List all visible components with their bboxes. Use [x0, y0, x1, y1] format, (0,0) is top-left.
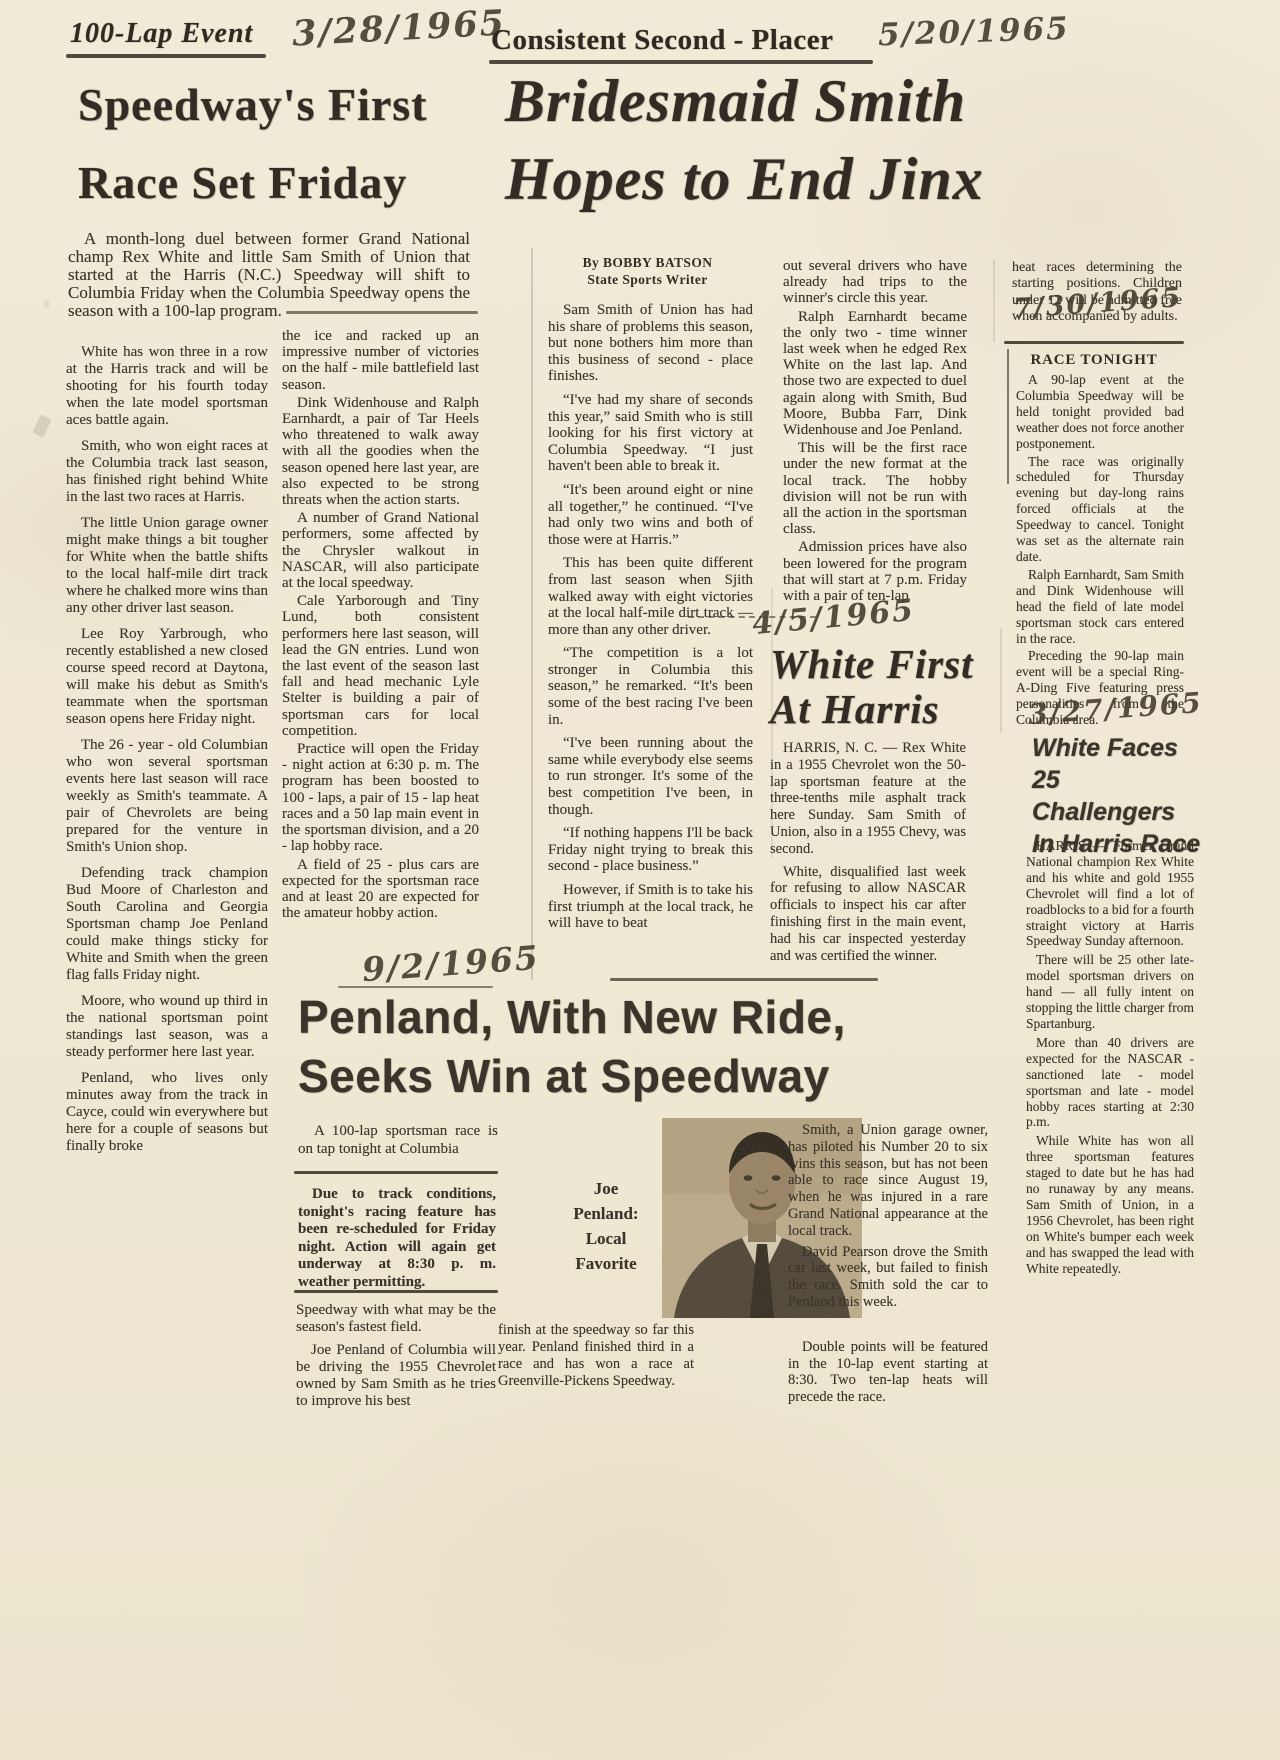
column-rule: [771, 588, 773, 858]
photo-caption: Joe Penland: Local Favorite: [556, 1176, 656, 1276]
paragraph: Speedway with what may be the season's f…: [296, 1302, 496, 1336]
column-rule: [1000, 628, 1002, 733]
race-tonight-header: RACE TONIGHT: [1004, 352, 1184, 369]
headline-line: Speedway's First: [78, 66, 508, 144]
byline-title: State Sports Writer: [540, 271, 755, 288]
paragraph: White has won three in a row at the Harr…: [66, 344, 268, 429]
speedway-column-2: the ice and racked up an impressive numb…: [282, 328, 479, 923]
paragraph: Cale Yarborough and Tiny Lund, both cons…: [282, 593, 479, 739]
paragraph: Smith, who won eight races at the Columb…: [66, 438, 268, 506]
white-faces-column: HARRIS — Former Grand National champion …: [1026, 838, 1194, 1279]
paragraph: The little Union garage owner might make…: [66, 515, 268, 617]
paragraph: There will be 25 other late-model sports…: [1026, 952, 1194, 1032]
paragraph: Smith, a Union garage owner, has piloted…: [788, 1122, 988, 1240]
paragraph: Joe Penland of Columbia will be driving …: [296, 1342, 496, 1410]
white-first-column: HARRIS, N. C. — Rex White in a 1955 Chev…: [770, 740, 966, 970]
bridesmaid-kicker: Consistent Second - Placer: [491, 24, 833, 57]
penland-left-column: Speedway with what may be the season's f…: [296, 1302, 496, 1416]
paragraph: “It's been around eight or nine all toge…: [548, 482, 753, 548]
box-top-rule: [294, 1171, 498, 1174]
paragraph: The 26 - year - old Columbian who won se…: [66, 737, 268, 856]
headline-line: At Harris: [770, 687, 1000, 732]
handwritten-date: 3/28/1965: [291, 2, 507, 54]
penland-headline: Penland, With New Ride, Seeks Win at Spe…: [298, 988, 908, 1106]
paragraph: Double points will be featured in the 10…: [788, 1339, 988, 1406]
paragraph: More than 40 drivers are expected for th…: [1026, 1035, 1194, 1130]
paragraph: David Pearson drove the Smith car last w…: [788, 1244, 988, 1311]
paragraph: Moore, who wound up third in the nationa…: [66, 993, 268, 1061]
speedway-column-1: White has won three in a row at the Harr…: [66, 344, 268, 1164]
caption-line: Penland:: [556, 1201, 656, 1226]
headline-line: White Faces: [1032, 732, 1202, 764]
paragraph: A 100-lap sportsman race is on tap tonig…: [298, 1122, 498, 1158]
paragraph: Due to track conditions, tonight's racin…: [298, 1186, 496, 1292]
paragraph: HARRIS, N. C. — Rex White in a 1955 Chev…: [770, 740, 966, 858]
headline-line: Seeks Win at Speedway: [298, 1047, 908, 1106]
white-first-headline: White First At Harris: [770, 642, 1000, 732]
scan-mark: [44, 300, 49, 308]
paragraph: “The competition is a lot stronger in Co…: [548, 645, 753, 728]
headline-line: Bridesmaid Smith: [505, 62, 1115, 140]
paragraph: Practice will open the Friday - night ac…: [282, 741, 479, 854]
speedway-lead: A month-long duel between former Grand N…: [68, 230, 470, 320]
paragraph: Ralph Earnhardt became the only two - ti…: [783, 309, 967, 439]
end-rule: [610, 978, 878, 981]
paragraph: White, disqualified last week for refusi…: [770, 864, 966, 965]
handwritten-date: 4/5/1965: [751, 593, 917, 642]
paragraph: Dink Widenhouse and Ralph Earnhardt, a p…: [282, 395, 479, 508]
box-bottom-rule: [294, 1290, 498, 1293]
newspaper-scan-page: 100-Lap Event 3/28/1965 Speedway's First…: [0, 0, 1280, 1760]
paragraph: This will be the first race under the ne…: [783, 440, 967, 537]
headline-line: Race Set Friday: [78, 144, 508, 222]
paragraph: HARRIS — Former Grand National champion …: [1026, 838, 1194, 949]
bridesmaid-column-2: out several drivers who have already had…: [783, 258, 967, 606]
caption-line: Local: [556, 1226, 656, 1251]
penland-below-photo-column: finish at the speedway so far this year.…: [498, 1322, 694, 1390]
penland-boxed-note: Due to track conditions, tonight's racin…: [298, 1186, 496, 1292]
paragraph: This has been quite different from last …: [548, 555, 753, 638]
paragraph: Lee Roy Yarbrough, who recently establis…: [66, 626, 268, 728]
paragraph: Ralph Earnhardt, Sam Smith and Dink Wide…: [1016, 567, 1184, 647]
paragraph: “If nothing happens I'll be back Friday …: [548, 825, 753, 875]
bridesmaid-headline: Bridesmaid Smith Hopes to End Jinx: [505, 62, 1115, 218]
penland-intro: A 100-lap sportsman race is on tap tonig…: [298, 1122, 498, 1158]
column-rule: [1007, 349, 1009, 484]
paragraph: However, if Smith is to take his first t…: [548, 882, 753, 932]
headline-line: 25 Challengers: [1032, 764, 1202, 828]
headline-line: White First: [770, 642, 1000, 687]
paragraph: finish at the speedway so far this year.…: [498, 1322, 694, 1390]
handwritten-date: 9/2/1965: [361, 938, 541, 989]
penland-right-column: Smith, a Union garage owner, has piloted…: [788, 1122, 988, 1410]
paragraph: Defending track champion Bud Moore of Ch…: [66, 865, 268, 984]
headline-line: Hopes to End Jinx: [505, 140, 1115, 218]
paragraph: A number of Grand National performers, s…: [282, 510, 479, 591]
bridesmaid-column-1: Sam Smith of Union has had his share of …: [548, 302, 753, 939]
paragraph: A 90-lap event at the Columbia Speedway …: [1016, 372, 1184, 452]
paragraph: “I've been running about the same while …: [548, 735, 753, 818]
kicker-underline: [66, 54, 266, 58]
race-tonight-column: A 90-lap event at the Columbia Speedway …: [1016, 372, 1184, 730]
paragraph: Sam Smith of Union has had his share of …: [548, 302, 753, 385]
paragraph: Penland, who lives only minutes away fro…: [66, 1070, 268, 1155]
paragraph: “I've had my share of seconds this year,…: [548, 392, 753, 475]
byline: By BOBBY BATSON State Sports Writer: [540, 254, 755, 288]
column-rule: [531, 248, 533, 980]
paragraph: A month-long duel between former Grand N…: [68, 230, 470, 320]
paragraph: the ice and racked up an impressive numb…: [282, 328, 479, 393]
handwritten-date: 5/20/1965: [877, 11, 1070, 54]
speedway-kicker: 100-Lap Event: [70, 18, 253, 50]
speedway-headline: Speedway's First Race Set Friday: [78, 66, 508, 222]
paragraph: The race was originally scheduled for Th…: [1016, 454, 1184, 565]
caption-line: Favorite: [556, 1251, 656, 1276]
paragraph: A field of 25 - plus cars are expected f…: [282, 857, 479, 922]
paragraph: Admission prices have also been lowered …: [783, 539, 967, 604]
caption-line: Joe: [556, 1176, 656, 1201]
column-rule: [993, 260, 995, 342]
headline-line: Penland, With New Ride,: [298, 988, 908, 1047]
lead-underline: [286, 311, 478, 314]
byline-name: By BOBBY BATSON: [540, 254, 755, 271]
scan-mark: [32, 414, 51, 437]
paragraph: out several drivers who have already had…: [783, 258, 967, 307]
paragraph: While White has won all three sportsman …: [1026, 1133, 1194, 1276]
section-rule: [1004, 341, 1184, 344]
scan-mark: [366, 638, 376, 644]
